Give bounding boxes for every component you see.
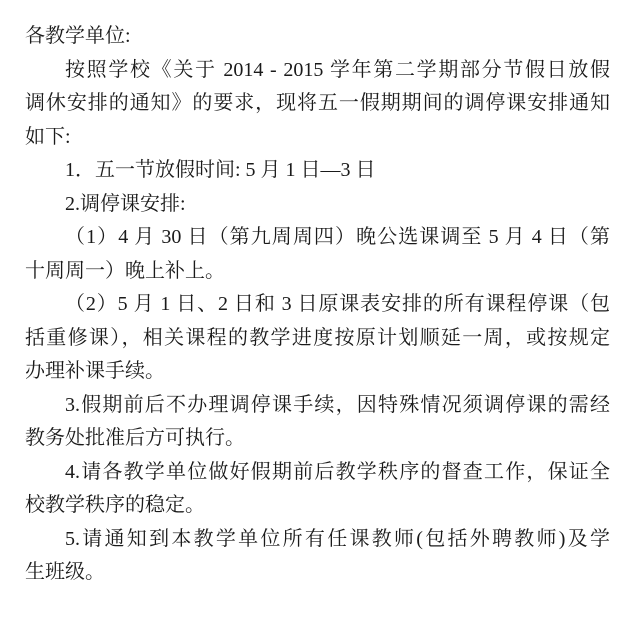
text-line: 办理补课手续。 xyxy=(25,355,610,389)
text-line: 括重修课），相关课程的教学进度按原计划顺延一周，或按规定 xyxy=(25,322,610,356)
text-line: 调休安排的通知》的要求，现将五一假期期间的调停课安排通知 xyxy=(25,87,610,121)
text-line: 3.假期前后不办理调停课手续，因特殊情况须调停课的需经 xyxy=(25,389,610,423)
text-line: （1）4 月 30 日（第九周周四）晚公选课调至 5 月 4 日（第 xyxy=(25,221,610,255)
text-line: 校教学秩序的稳定。 xyxy=(25,489,610,523)
text-line: 2.调停课安排: xyxy=(25,188,610,222)
text-line: 生班级。 xyxy=(25,556,610,590)
text-line: 5.请通知到本教学单位所有任课教师(包括外聘教师)及学 xyxy=(25,523,610,557)
text-line: 4.请各教学单位做好假期前后教学秩序的督查工作，保证全 xyxy=(25,456,610,490)
text-line: 教务处批准后方可执行。 xyxy=(25,422,610,456)
text-line: 按照学校《关于 2014 - 2015 学年第二学期部分节假日放假 xyxy=(25,54,610,88)
document-page: 各教学单位:按照学校《关于 2014 - 2015 学年第二学期部分节假日放假调… xyxy=(0,0,635,622)
text-line: 各教学单位: xyxy=(25,20,610,54)
text-line: （2）5 月 1 日、2 日和 3 日原课表安排的所有课程停课（包 xyxy=(25,288,610,322)
text-line: 十周周一）晚上补上。 xyxy=(25,255,610,289)
text-line: 如下: xyxy=(25,121,610,155)
text-line: 1．五一节放假时间: 5 月 1 日—3 日 xyxy=(25,154,610,188)
notice-document: 各教学单位:按照学校《关于 2014 - 2015 学年第二学期部分节假日放假调… xyxy=(25,20,610,590)
